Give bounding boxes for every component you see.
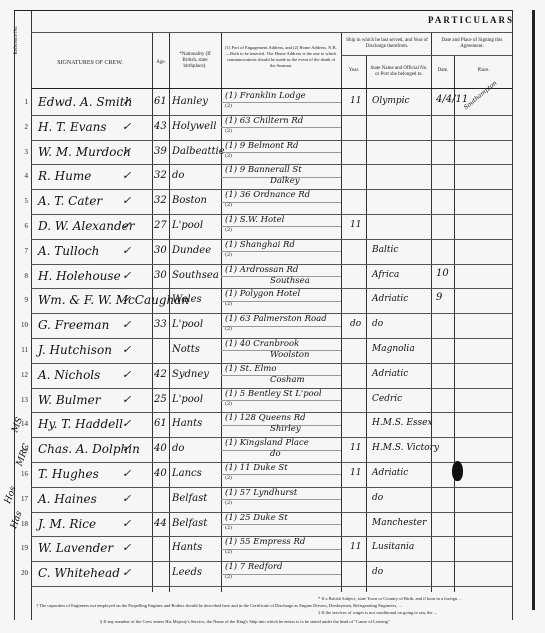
check-mark: ✓ xyxy=(122,393,131,406)
last-ship-year: 11 xyxy=(350,220,361,230)
port-address: (1) S.W. Hotel xyxy=(225,215,284,225)
row-number: 12 xyxy=(18,371,28,379)
row-number: 11 xyxy=(18,346,28,354)
address-divider xyxy=(221,202,341,203)
last-ship-name: Africa xyxy=(372,270,399,280)
page-edge xyxy=(532,10,535,610)
signing-date: 10 xyxy=(436,268,449,279)
crew-signature: W. M. Murdoch xyxy=(38,145,131,159)
crew-nationality: L'pool xyxy=(172,319,203,330)
crew-nationality: L'pool xyxy=(172,394,203,405)
crew-signature: Wm. & F. W. McCaughan xyxy=(38,293,189,307)
address-divider xyxy=(221,102,341,103)
row-divider xyxy=(31,586,512,587)
last-ship-name: H.M.S. Essex xyxy=(372,418,433,428)
home-address: (2) xyxy=(225,202,232,208)
col-year-header: Year. xyxy=(342,68,366,74)
address-divider xyxy=(221,524,341,525)
crew-age: 39 xyxy=(154,146,167,157)
crew-age: 61 xyxy=(154,96,167,107)
crew-nationality: Holywell xyxy=(172,121,216,132)
home-address: (2) xyxy=(225,227,232,233)
last-ship-name: do xyxy=(372,567,383,577)
check-mark: ✓ xyxy=(122,541,131,554)
row-number: 19 xyxy=(18,544,28,552)
crew-nationality: L'pool xyxy=(172,220,203,231)
last-ship-name: do xyxy=(372,493,383,503)
last-ship-name: Baltic xyxy=(372,245,398,255)
ink-blot xyxy=(452,461,463,481)
crew-nationality: Southsea xyxy=(172,270,219,281)
crew-nationality: Hanley xyxy=(172,96,208,107)
crew-agreement-page: PARTICULARS Reference No. SIGNATURES OF … xyxy=(0,0,545,633)
crew-nationality: Sydney xyxy=(172,369,209,380)
signing-date: 9 xyxy=(436,292,442,303)
col-date-header: Date. xyxy=(432,68,454,74)
crew-age: 27 xyxy=(154,220,167,231)
home-address: (2) xyxy=(225,153,232,159)
home-address: Woolston xyxy=(270,350,309,360)
footnote-3: ‡ If the services of wages is not condit… xyxy=(318,610,437,615)
port-address: (1) 7 Redford xyxy=(225,562,283,572)
port-address: (1) Ardrossan Rd xyxy=(225,265,298,275)
crew-nationality: Wales xyxy=(172,294,202,305)
crew-nationality: Lancs xyxy=(172,468,202,479)
port-address: (1) 40 Cranbrook xyxy=(225,339,299,349)
crew-age: 32 xyxy=(154,195,167,206)
crew-signature: Hy. T. Haddell xyxy=(38,417,123,431)
crew-nationality: Boston xyxy=(172,195,207,206)
crew-signature: D. W. Alexander xyxy=(38,219,134,233)
address-divider xyxy=(221,474,341,475)
row-number: 7 xyxy=(18,247,28,255)
port-address: (1) 11 Duke St xyxy=(225,463,288,473)
row-number: 2 xyxy=(18,123,28,131)
address-divider xyxy=(221,574,341,575)
address-divider xyxy=(221,152,341,153)
port-address: (1) 57 Lyndhurst xyxy=(225,488,297,498)
crew-signature: R. Hume xyxy=(38,169,91,183)
port-address: (1) 25 Duke St xyxy=(225,513,288,523)
col-signature-header: SIGNATURES OF CREW. xyxy=(40,60,140,66)
crew-nationality: Notts xyxy=(172,344,200,355)
last-ship-name: Lusitania xyxy=(372,542,414,552)
row-number: 17 xyxy=(18,495,28,503)
last-ship-name: Manchester xyxy=(372,518,426,528)
crew-signature: A. T. Cater xyxy=(38,194,102,208)
check-mark: ✓ xyxy=(122,145,131,158)
last-ship-name: H.M.S. Victory xyxy=(372,443,439,453)
address-divider xyxy=(221,326,341,327)
row-number: 16 xyxy=(18,470,28,478)
home-address: (2) xyxy=(225,475,232,481)
port-address: (1) 63 Palmerston Road xyxy=(225,314,327,324)
col-signing-header: Date and Place of Signing this Agreement… xyxy=(433,38,511,50)
crew-signature: J. M. Rice xyxy=(38,517,96,531)
check-mark: ✓ xyxy=(122,492,131,505)
row-number: 20 xyxy=(18,569,28,577)
last-ship-name: Magnolia xyxy=(372,344,415,354)
margin-annotation: MS xyxy=(10,416,25,434)
crew-signature: W. Lavender xyxy=(38,541,113,555)
crew-signature: Edwd. A. Smith xyxy=(38,95,132,109)
row-number: 4 xyxy=(18,172,28,180)
signing-date: 4/4/11 xyxy=(436,94,468,105)
check-mark: ✓ xyxy=(122,269,131,282)
crew-age: 61 xyxy=(154,418,167,429)
col-nationality-header: *Nationality (If British, state birthpla… xyxy=(172,52,218,70)
check-mark: ✓ xyxy=(122,120,131,133)
last-ship-year: 11 xyxy=(350,468,361,478)
home-address: Southsea xyxy=(270,276,310,286)
row-number: 13 xyxy=(18,396,28,404)
check-mark: ✓ xyxy=(122,417,131,430)
check-mark: ✓ xyxy=(122,219,131,232)
check-mark: ✓ xyxy=(122,442,131,455)
home-address: (2) xyxy=(225,500,232,506)
crew-signature: H. Holehouse xyxy=(38,269,121,283)
row-number: 6 xyxy=(18,222,28,230)
col-age-header: Age. xyxy=(153,60,169,66)
footnote-1: * If a British Subject, state Town or Co… xyxy=(318,596,462,601)
port-address: (1) St. Elmo xyxy=(225,364,277,374)
check-mark: ✓ xyxy=(122,169,131,182)
col-place-header: Place. xyxy=(456,68,511,74)
crew-age: 40 xyxy=(154,468,167,479)
port-address: (1) 128 Queens Rd xyxy=(225,413,306,423)
check-mark: ✓ xyxy=(122,566,131,579)
home-address: (2) xyxy=(225,525,232,531)
home-address: (2) xyxy=(225,301,232,307)
col-ship-header: State Name and Official No. or Port she … xyxy=(369,66,429,78)
port-address: (1) Shanghai Rd xyxy=(225,240,295,250)
crew-nationality: Dundee xyxy=(172,245,211,256)
home-address: (2) xyxy=(225,401,232,407)
address-divider xyxy=(221,127,341,128)
row-number: 5 xyxy=(18,197,28,205)
crew-age: 25 xyxy=(154,394,167,405)
port-address: (1) 63 Chiltern Rd xyxy=(225,116,303,126)
port-address: (1) Kingsland Place xyxy=(225,438,309,448)
check-mark: ✓ xyxy=(122,244,131,257)
check-mark: ✓ xyxy=(122,95,131,108)
row-number: 10 xyxy=(18,321,28,329)
crew-signature: C. Whitehead xyxy=(38,566,120,580)
home-address: do xyxy=(270,449,281,459)
last-ship-name: Adriatic xyxy=(372,468,408,478)
crew-nationality: Hants xyxy=(172,542,202,553)
last-ship-name: Olympic xyxy=(372,96,410,106)
address-divider xyxy=(221,499,341,500)
port-address: (1) 36 Ordnance Rd xyxy=(225,190,310,200)
crew-age: 30 xyxy=(154,270,167,281)
row-number: 8 xyxy=(18,272,28,280)
address-divider xyxy=(221,301,341,302)
check-mark: ✓ xyxy=(122,467,131,480)
address-divider xyxy=(221,226,341,227)
home-address: (2) xyxy=(225,128,232,134)
address-divider xyxy=(221,549,341,550)
home-address: Cosham xyxy=(270,375,305,385)
col-last-ship-header: Ship in which he last served, and Year o… xyxy=(344,38,430,50)
crew-nationality: Belfast xyxy=(172,493,207,504)
crew-signature: H. T. Evans xyxy=(38,120,107,134)
row-number: 3 xyxy=(18,148,28,156)
last-ship-year: 11 xyxy=(350,443,361,453)
crew-age: 30 xyxy=(154,245,167,256)
last-ship-year: 11 xyxy=(350,96,361,106)
footnote-4: § If any member of the Crew enters His M… xyxy=(100,619,390,624)
crew-signature: G. Freeman xyxy=(38,318,109,332)
home-address: (2) xyxy=(225,326,232,332)
check-mark: ✓ xyxy=(122,318,131,331)
crew-nationality: Leeds xyxy=(172,567,202,578)
check-mark: ✓ xyxy=(122,343,131,356)
crew-nationality: do xyxy=(172,443,184,454)
crew-signature: A. Nichols xyxy=(38,368,100,382)
crew-signature: T. Hughes xyxy=(38,467,99,481)
crew-nationality: do xyxy=(172,170,184,181)
footnote-2: † The capacities of Engineers not employ… xyxy=(36,603,402,608)
crew-age: 40 xyxy=(154,443,167,454)
port-address: (1) 9 Bannerall St xyxy=(225,165,302,175)
address-divider xyxy=(221,400,341,401)
home-address: Dalkey xyxy=(270,176,300,186)
crew-signature: A. Haines xyxy=(38,492,97,506)
row-number: 9 xyxy=(18,296,28,304)
check-mark: ✓ xyxy=(122,194,131,207)
port-address: (1) 5 Bentley St L'pool xyxy=(225,389,322,399)
last-ship-year: 11 xyxy=(350,542,361,552)
page-title: PARTICULARS xyxy=(428,15,514,25)
address-divider xyxy=(221,251,341,252)
home-address: Shirley xyxy=(270,424,301,434)
address-divider xyxy=(221,450,341,451)
port-address: (1) 55 Empress Rd xyxy=(225,537,305,547)
margin-annotation: Hos xyxy=(3,485,19,505)
last-ship-name: Adriatic xyxy=(372,369,408,379)
home-address: (2) xyxy=(225,252,232,258)
home-address: (2) xyxy=(225,103,232,109)
crew-age: 44 xyxy=(154,518,167,529)
last-ship-name: Adriatic xyxy=(372,294,408,304)
crew-signature: J. Hutchison xyxy=(38,343,112,357)
port-address: (1) 9 Belmont Rd xyxy=(225,141,298,151)
col-address-header: (1) Port of Engagement Address, and (2) … xyxy=(225,45,337,69)
last-ship-name: Cedric xyxy=(372,394,402,404)
last-ship-year: do xyxy=(350,319,361,329)
last-ship-name: do xyxy=(372,319,383,329)
crew-age: 32 xyxy=(154,170,167,181)
check-mark: ✓ xyxy=(122,293,131,306)
crew-signature: W. Bulmer xyxy=(38,393,100,407)
crew-age: 43 xyxy=(154,121,167,132)
home-address: (2) xyxy=(225,574,232,580)
home-address: (2) xyxy=(225,549,232,555)
port-address: (1) Polygon Hotel xyxy=(225,289,300,299)
crew-nationality: Belfast xyxy=(172,518,207,529)
check-mark: ✓ xyxy=(122,368,131,381)
crew-age: 33 xyxy=(154,319,167,330)
port-address: (1) Franklin Lodge xyxy=(225,91,306,101)
crew-nationality: Dalbeattie xyxy=(172,146,225,157)
crew-signature: A. Tulloch xyxy=(38,244,99,258)
crew-age: 42 xyxy=(154,369,167,380)
check-mark: ✓ xyxy=(122,517,131,530)
row-number: 1 xyxy=(18,98,28,106)
crew-nationality: Hants xyxy=(172,418,202,429)
